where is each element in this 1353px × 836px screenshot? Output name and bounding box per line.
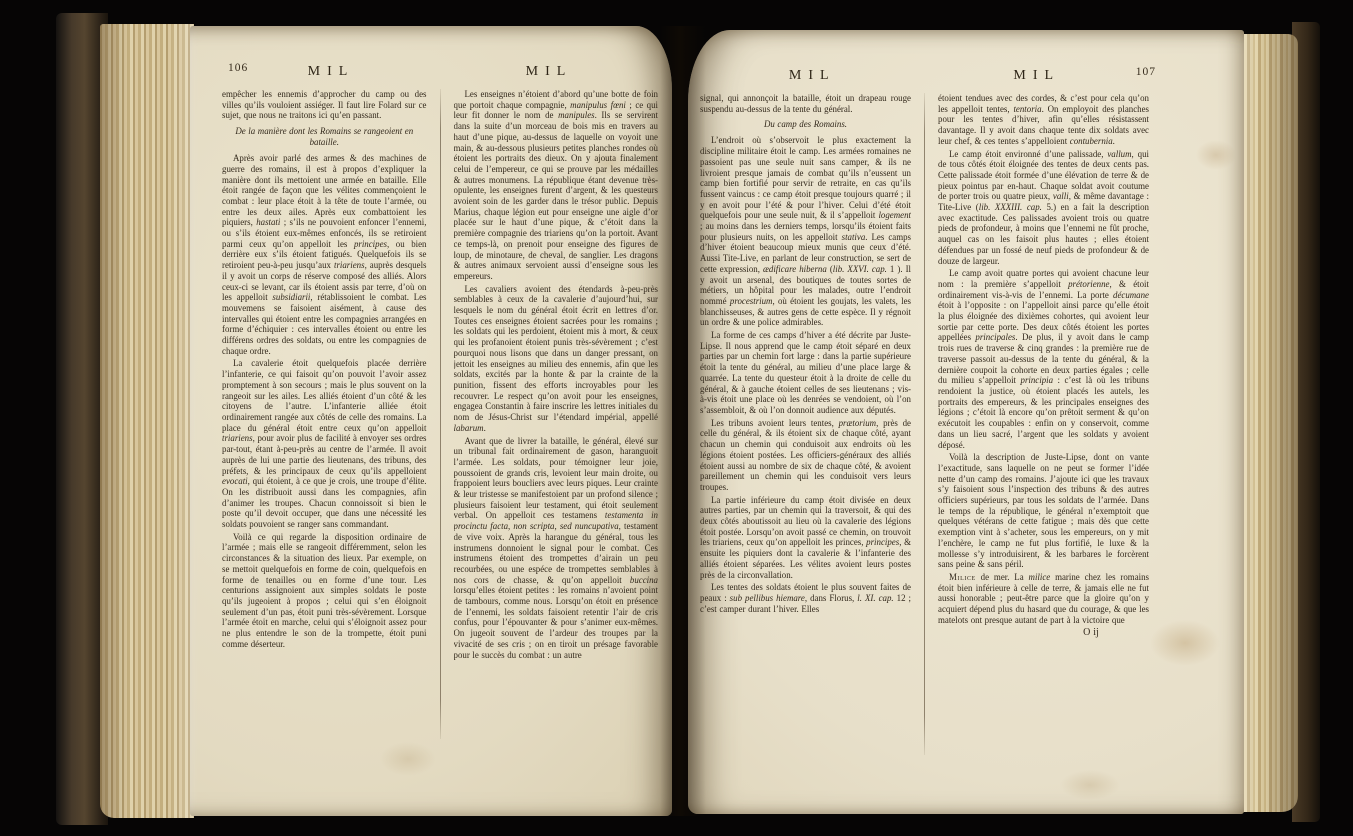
left-page-columns: empêcher les ennemis d’approcher du camp…	[190, 89, 672, 739]
right-page-columns: signal, qui annonçoit la bataille, étoit…	[688, 93, 1244, 755]
running-head: MIL	[700, 68, 925, 84]
right-page-content: MIL MIL 107 signal, qui annonçoit la bat…	[688, 30, 1244, 814]
paragraph: Les tentes des soldats étoient le plus s…	[700, 582, 911, 614]
text-column-3: signal, qui annonçoit la bataille, étoit…	[700, 93, 911, 755]
signature-mark: O ij	[938, 628, 1149, 639]
page-edges-left	[100, 24, 194, 818]
running-head: MIL	[222, 64, 440, 80]
section-heading: Du camp des Romains.	[706, 119, 905, 130]
paragraph: Avant que de livrer la bataille, le géné…	[454, 436, 659, 661]
running-head: MIL	[925, 68, 1150, 84]
paragraph: Le camp étoit environné d’une palissade,…	[938, 149, 1149, 267]
running-head: MIL	[440, 64, 658, 80]
paragraph: Milice de mer. La milice marine chez les…	[938, 572, 1149, 626]
text-column-1: empêcher les ennemis d’approcher du camp…	[222, 89, 427, 739]
column-rule	[440, 89, 441, 739]
paragraph: L’endroit où s’observoit le plus exactem…	[700, 135, 911, 328]
section-heading: De la manière dont les Romains se rangeo…	[228, 126, 421, 148]
paragraph: La partie inférieure du camp étoit divis…	[700, 495, 911, 581]
paragraph: Les enseignes n’étoient d’abord qu’une b…	[454, 89, 659, 282]
page-number-106: 106	[228, 62, 248, 74]
left-page-header: 106 MIL MIL	[190, 58, 672, 80]
paragraph: empêcher les ennemis d’approcher du camp…	[222, 89, 427, 121]
paragraph: La cavalerie étoit quelquefois placée de…	[222, 358, 427, 529]
page-number-107: 107	[1136, 66, 1156, 78]
paragraph: Voilà la description de Juste-Lipse, don…	[938, 452, 1149, 570]
paragraph: étoient tendues avec des cordes, & c’est…	[938, 93, 1149, 147]
text-column-4: étoient tendues avec des cordes, & c’est…	[938, 93, 1149, 755]
paragraph: Après avoir parlé des armes & des machin…	[222, 153, 427, 356]
text-column-2: Les enseignes n’étoient d’abord qu’une b…	[454, 89, 659, 739]
right-page-header: MIL MIL 107	[688, 62, 1244, 84]
paragraph: Le camp avoit quatre portes qui avoient …	[938, 268, 1149, 450]
paragraph: Les tribuns avoient leurs tentes, prætor…	[700, 418, 911, 493]
page-edges-right	[1242, 34, 1298, 812]
left-page-content: 106 MIL MIL empêcher les ennemis d’appro…	[190, 26, 672, 816]
paragraph: signal, qui annonçoit la bataille, étoit…	[700, 93, 911, 114]
paragraph: Les cavaliers avoient des étendards à-pe…	[454, 284, 659, 434]
paragraph: Voilà ce qui regarde la disposition ordi…	[222, 532, 427, 650]
paragraph: La forme de ces camps d’hiver a été décr…	[700, 330, 911, 416]
column-rule	[924, 93, 925, 755]
